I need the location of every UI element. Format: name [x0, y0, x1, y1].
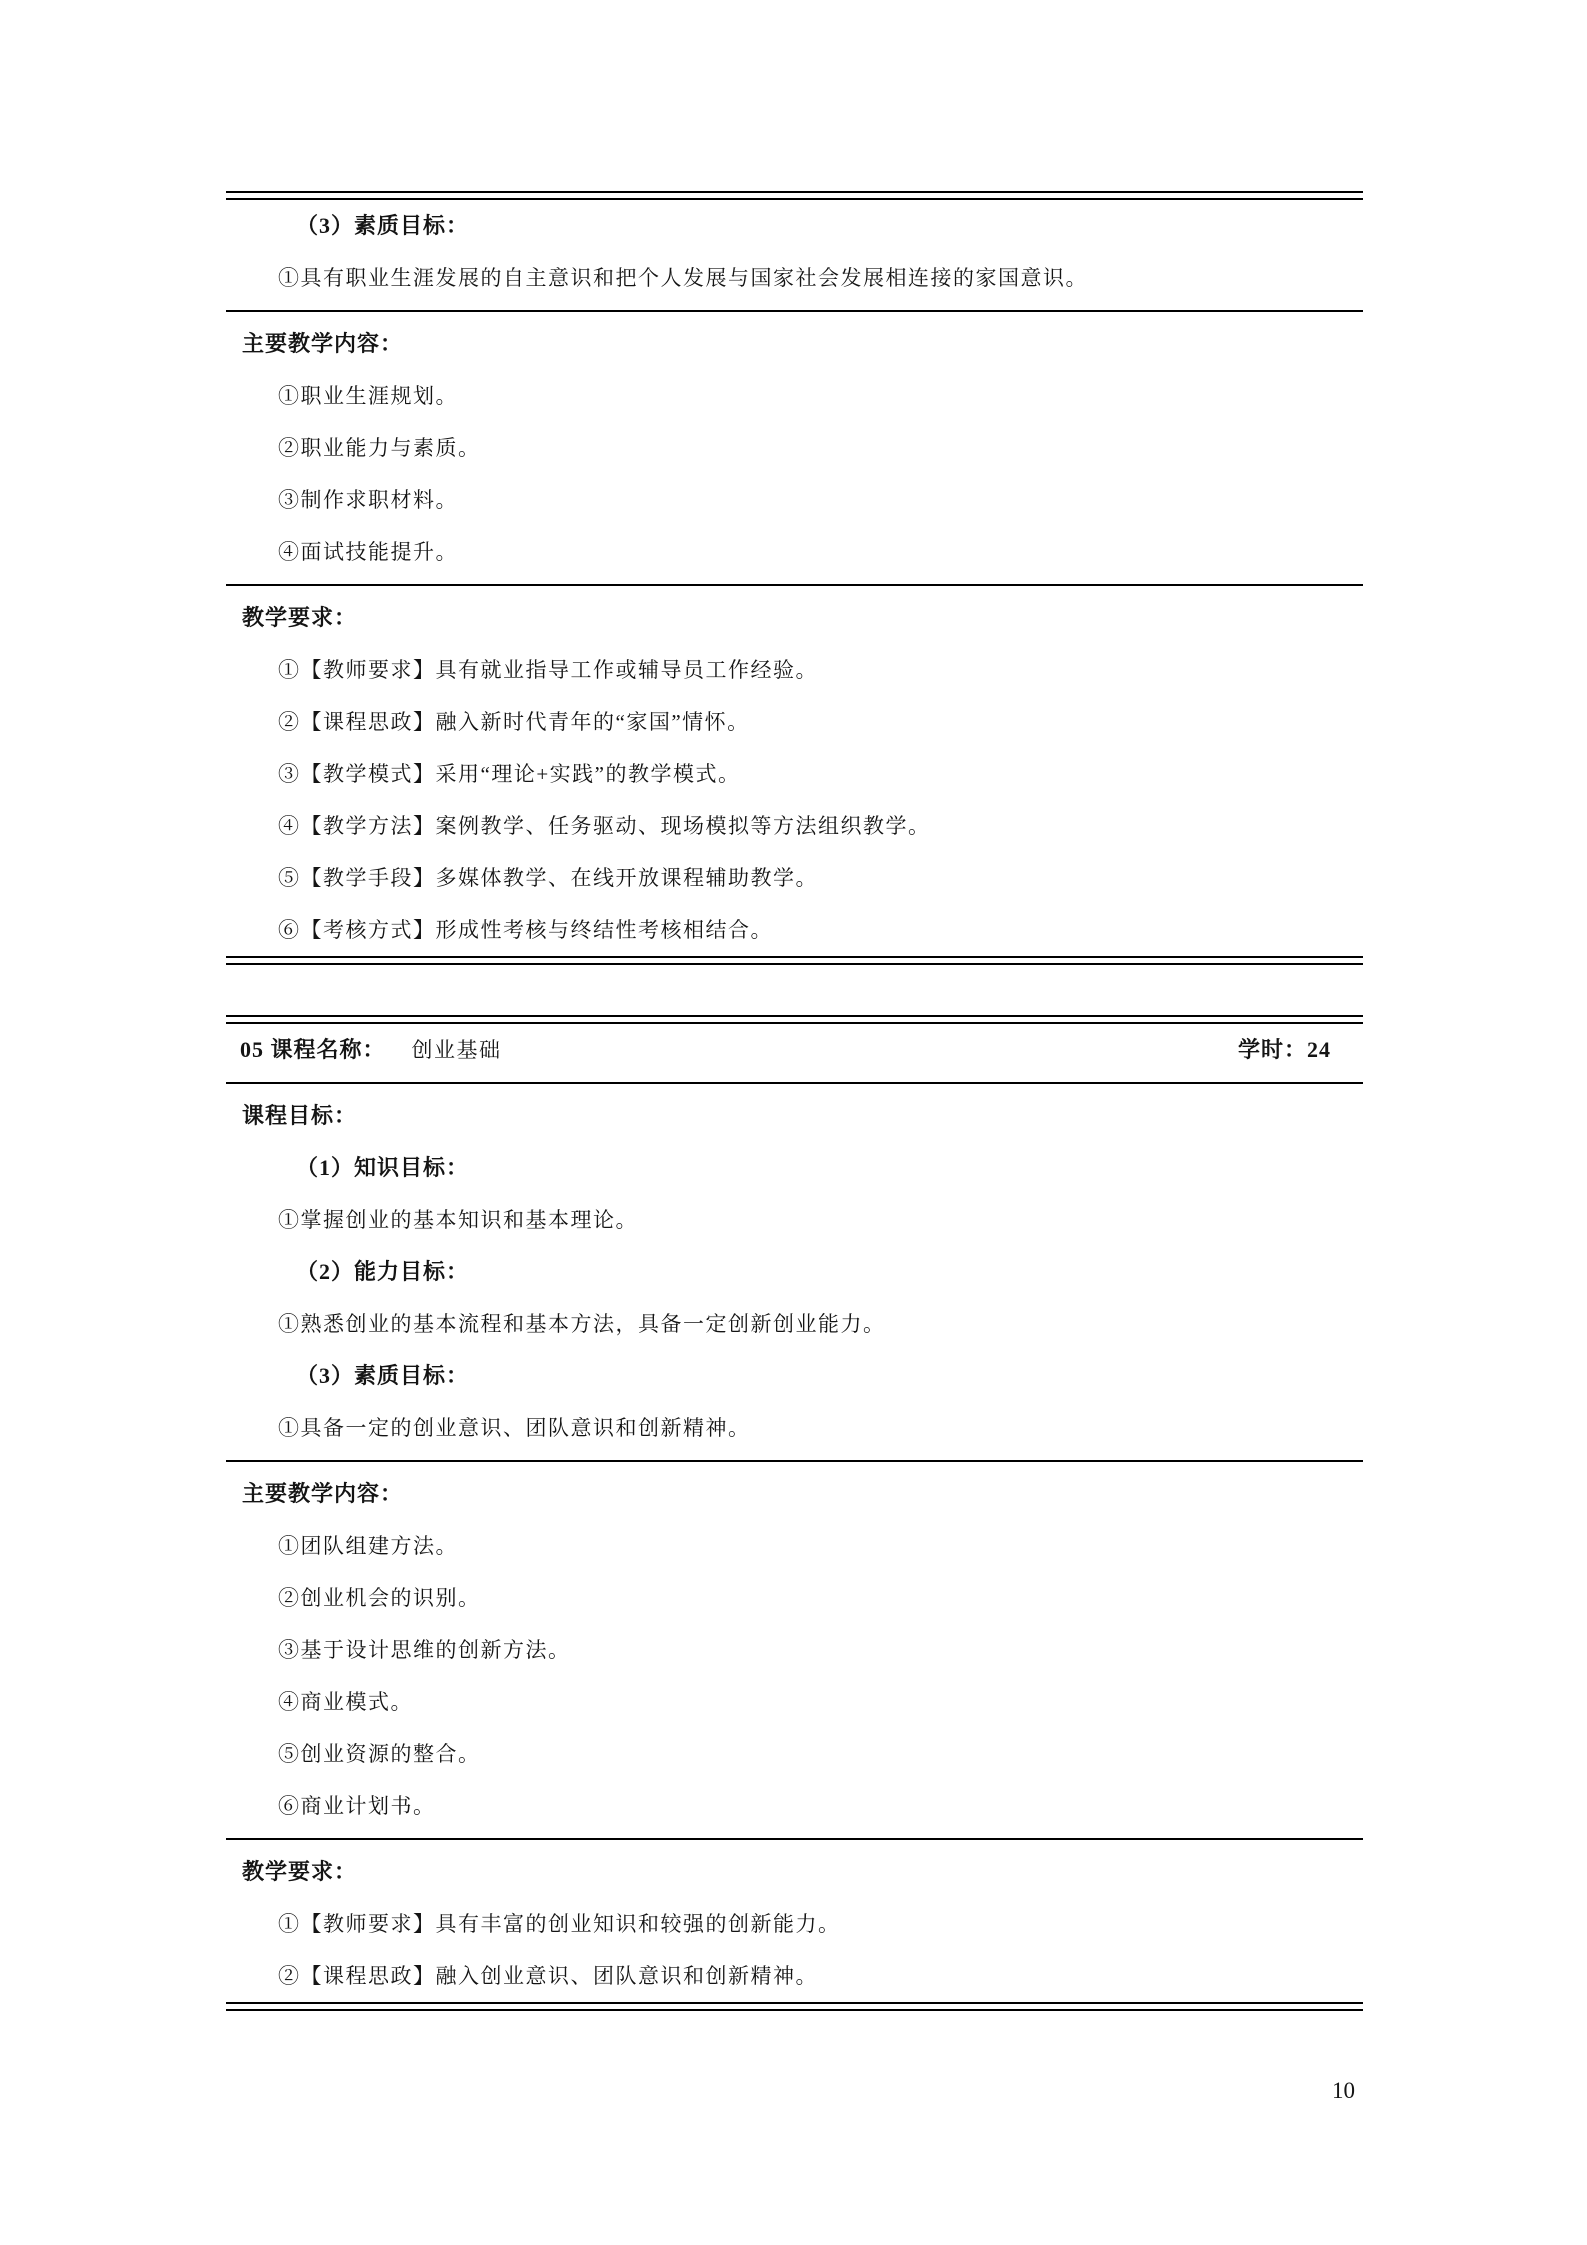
course-hours: 学时：24	[1238, 1024, 1363, 1076]
list-item: ⑤【教学手段】多媒体教学、在线开放课程辅助教学。	[226, 852, 1363, 904]
sub-heading-knowledge-goal: （1）知识目标：	[226, 1142, 1363, 1194]
document-page: （3）素质目标： ①具有职业生涯发展的自主意识和把个人发展与国家社会发展相连接的…	[0, 0, 1587, 2245]
list-item: ③制作求职材料。	[226, 474, 1363, 526]
course-header-row: 05 课程名称：创业基础 学时：24	[226, 1024, 1363, 1076]
list-item: ②【课程思政】融入新时代青年的“家国”情怀。	[226, 696, 1363, 748]
page-body: （3）素质目标： ①具有职业生涯发展的自主意识和把个人发展与国家社会发展相连接的…	[226, 191, 1363, 2011]
list-item: ⑥【考核方式】形成性考核与终结性考核相结合。	[226, 904, 1363, 956]
list-item: ④【教学方法】案例教学、任务驱动、现场模拟等方法组织教学。	[226, 800, 1363, 852]
sub-heading-quality-goal: （3）素质目标：	[226, 1350, 1363, 1402]
table-bottom-double-rule	[226, 2002, 1363, 2011]
course-number-label: 05 课程名称：	[240, 1037, 386, 1062]
list-item: ①【教师要求】具有丰富的创业知识和较强的创新能力。	[226, 1898, 1363, 1950]
list-item: ②创业机会的识别。	[226, 1572, 1363, 1624]
sub-heading-quality-goal: （3）素质目标：	[226, 200, 1363, 252]
list-item: ②职业能力与素质。	[226, 422, 1363, 474]
table-top-double-rule	[226, 1015, 1363, 1024]
section-rule	[226, 1082, 1363, 1084]
list-item: ⑥商业计划书。	[226, 1780, 1363, 1832]
list-item: ⑤创业资源的整合。	[226, 1728, 1363, 1780]
table-top-double-rule	[226, 191, 1363, 200]
list-item: ④面试技能提升。	[226, 526, 1363, 578]
list-item: ③【教学模式】采用“理论+实践”的教学模式。	[226, 748, 1363, 800]
sub-heading-ability-goal: （2）能力目标：	[226, 1246, 1363, 1298]
course-table-05: 05 课程名称：创业基础 学时：24 课程目标： （1）知识目标： ①掌握创业的…	[226, 1015, 1363, 2011]
section-rule	[226, 1460, 1363, 1462]
section-rule	[226, 1838, 1363, 1840]
list-item: ①具有职业生涯发展的自主意识和把个人发展与国家社会发展相连接的家国意识。	[226, 252, 1363, 304]
course-title-group: 05 课程名称：创业基础	[240, 1024, 502, 1076]
section-rule	[226, 310, 1363, 312]
section-heading-main-content: 主要教学内容：	[226, 318, 1363, 370]
list-item: ①团队组建方法。	[226, 1520, 1363, 1572]
section-heading-teaching-requirements: 教学要求：	[226, 592, 1363, 644]
list-item: ④商业模式。	[226, 1676, 1363, 1728]
list-item: ③基于设计思维的创新方法。	[226, 1624, 1363, 1676]
section-heading-teaching-requirements: 教学要求：	[226, 1846, 1363, 1898]
list-item: ①熟悉创业的基本流程和基本方法，具备一定创新创业能力。	[226, 1298, 1363, 1350]
page-number: 10	[1332, 2078, 1355, 2104]
list-item: ①【教师要求】具有就业指导工作或辅导员工作经验。	[226, 644, 1363, 696]
section-heading-main-content: 主要教学内容：	[226, 1468, 1363, 1520]
list-item: ①掌握创业的基本知识和基本理论。	[226, 1194, 1363, 1246]
section-heading-course-objectives: 课程目标：	[226, 1090, 1363, 1142]
table-bottom-double-rule	[226, 956, 1363, 965]
list-item: ②【课程思政】融入创业意识、团队意识和创新精神。	[226, 1950, 1363, 2002]
course-table-04-continued: （3）素质目标： ①具有职业生涯发展的自主意识和把个人发展与国家社会发展相连接的…	[226, 191, 1363, 965]
section-rule	[226, 584, 1363, 586]
list-item: ①具备一定的创业意识、团队意识和创新精神。	[226, 1402, 1363, 1454]
list-item: ①职业生涯规划。	[226, 370, 1363, 422]
course-name: 创业基础	[412, 1038, 502, 1062]
